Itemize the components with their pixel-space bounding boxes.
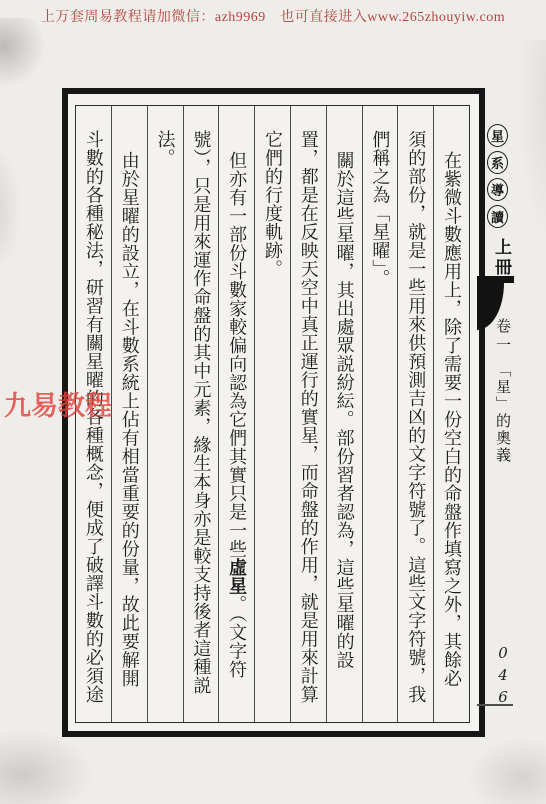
- promo-banner-text: 上万套周易教程请加微信：azh9969 也可直接进入www.265zhouyiw…: [0, 6, 546, 26]
- scan-smudge: [0, 18, 46, 88]
- scan-smudge: [520, 40, 546, 240]
- text-column-9: 法。: [147, 106, 183, 722]
- series-title-char: 星: [487, 124, 508, 147]
- page-number: 046: [494, 644, 512, 710]
- series-title-char: 讀: [487, 205, 508, 228]
- text-column-4: 關於這些星曜，其出處眾説紛紜。部份習者認為，這些星曜的設: [326, 106, 362, 722]
- watermark-text: 九易教程: [4, 384, 112, 423]
- text-column-6: 它們的行度軌跡。: [254, 106, 290, 722]
- columns: 在紫微斗數應用上，除了需要一份空白的命盤作填寫之外，其餘必須的部份，就是一些用來…: [75, 105, 470, 723]
- margin-tab-bar: [477, 276, 514, 283]
- series-title: 星 系 導 讀: [487, 124, 508, 232]
- volume-label: 上冊: [489, 238, 514, 278]
- series-title-char: 系: [487, 151, 508, 174]
- text-column-3: 們稱之為「星曜」。: [362, 106, 398, 722]
- text-column-2: 須的部份，就是一些用來供預測吉凶的文字符號了。這些文字符號，我: [397, 106, 433, 722]
- series-title-char: 導: [487, 178, 508, 201]
- chapter-label: 卷一: [492, 318, 513, 356]
- text-column-8: 號），只是用來運作命盤的其中元素，緣生本身亦是較支持後者這種説: [183, 106, 219, 722]
- scan-smudge: [0, 730, 92, 804]
- text-column-5: 置，都是在反映天空中真正運行的實星，而命盤的作用，就是用來計算: [290, 106, 326, 722]
- scan-smudge: [0, 150, 20, 270]
- page-number-underline: [477, 704, 513, 706]
- text-column-10: 由於星曜的設立，在斗數系統上佔有相當重要的份量，故此要解開: [111, 106, 147, 722]
- text-column-7: 但亦有一部份斗數家較偏向認為它們其實只是一些虛星。（文字符: [218, 106, 254, 722]
- chapter-subtitle: 「星」的奧義: [492, 362, 513, 464]
- scan-smudge: [468, 738, 546, 804]
- text-column-1: 在紫微斗數應用上，除了需要一份空白的命盤作填寫之外，其餘必: [433, 106, 469, 722]
- page-frame: 在紫微斗數應用上，除了需要一份空白的命盤作填寫之外，其餘必須的部份，就是一些用來…: [62, 88, 485, 737]
